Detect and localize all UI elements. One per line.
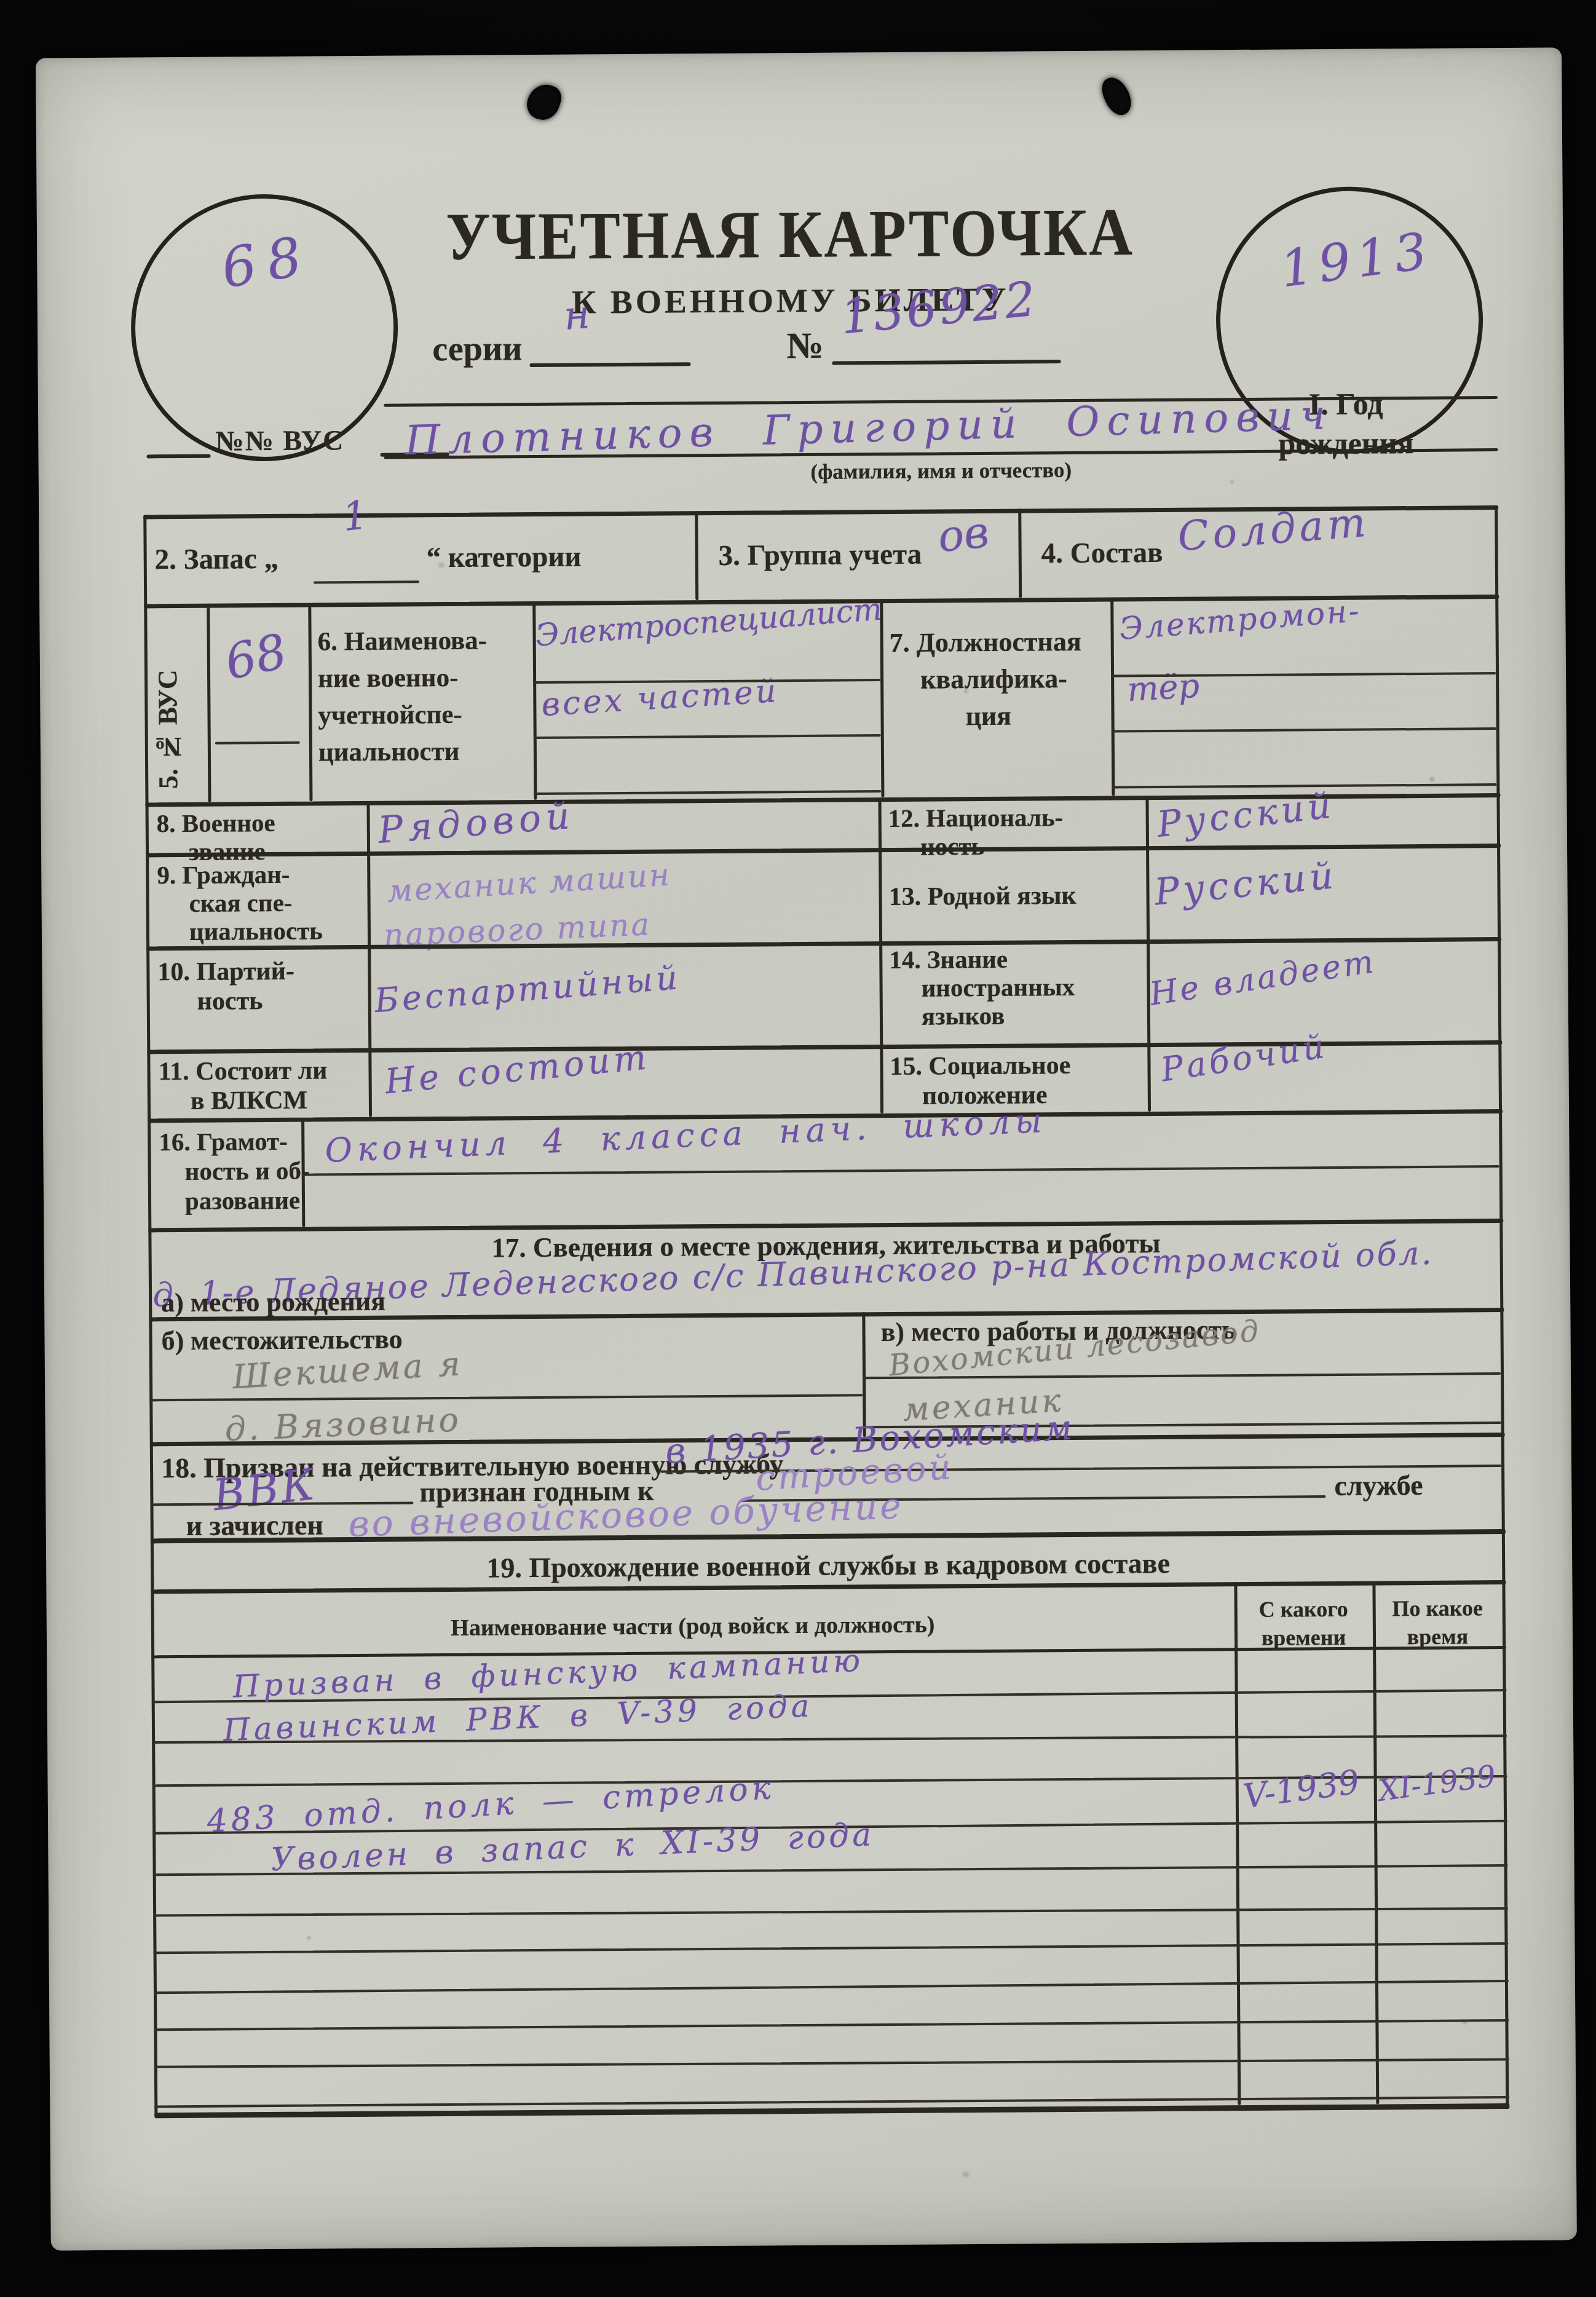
- series-label: серии: [432, 329, 523, 369]
- paper-stain: [306, 1935, 312, 1941]
- field9-label-1: ская спе-: [189, 888, 292, 918]
- field4-label: 4. Состав: [1041, 536, 1163, 570]
- cell-divider: [1018, 508, 1022, 598]
- field12-label-1: ность: [920, 831, 984, 861]
- field5-label: 5. № ВУС: [151, 623, 184, 789]
- field12-label-0: 12. Националь-: [888, 802, 1064, 833]
- cell-divider: [695, 511, 698, 600]
- field6-rule: [534, 734, 881, 739]
- row-border: [146, 844, 1501, 857]
- field6-label-1: ние военно-: [318, 663, 459, 694]
- field16-label-2: разование: [185, 1185, 300, 1216]
- section19-title: 19. Прохождение военной службы в кадрово…: [151, 1544, 1506, 1586]
- table19-divider: [1234, 1582, 1241, 2105]
- scanned-card-photo: 68 №№ ВУС 1913 I. Год рождения УЧЕТНАЯ К…: [0, 0, 1596, 2297]
- field14-label-1: иностранных: [921, 972, 1075, 1003]
- field7-label-2: ция: [965, 700, 1011, 732]
- section18-line2b: службе: [1334, 1469, 1423, 1502]
- field10-label-1: ность: [197, 986, 263, 1016]
- field2-value: 1: [340, 492, 370, 540]
- cell-divider: [1145, 796, 1151, 1112]
- field14-value: Не владеет: [1147, 943, 1378, 1013]
- cell-divider: [880, 599, 884, 797]
- field12-value: Русский: [1155, 784, 1337, 845]
- cell-divider: [878, 797, 883, 1113]
- punch-hole-left: [523, 80, 564, 124]
- field2-label-post: “ категории: [427, 540, 582, 574]
- field10-value: Беспартийный: [373, 958, 682, 1020]
- field11-label-1: в ВЛКСМ: [191, 1086, 308, 1116]
- vus-circle-label: №№ ВУС: [215, 424, 344, 457]
- card-title: УЧЕТНАЯ КАРТОЧКА: [357, 193, 1224, 276]
- field6-label-2: учетнойспе-: [318, 700, 462, 731]
- military-registration-card: 68 №№ ВУС 1913 I. Год рождения УЧЕТНАЯ К…: [36, 47, 1577, 2250]
- service-entry-to: XI-1939: [1377, 1759, 1498, 1808]
- field7-label-0: 7. Должностная: [890, 626, 1081, 658]
- field16-label-1: ность и об-: [185, 1156, 310, 1186]
- cell-divider: [366, 801, 372, 1117]
- table-border: [1495, 505, 1509, 2108]
- field7-value-1: тёр: [1126, 666, 1200, 709]
- table19-rule: [154, 2058, 1509, 2068]
- table19-rule: [154, 2019, 1509, 2031]
- field3-label: 3. Группа учета: [719, 538, 922, 572]
- table19-divider: [1372, 1581, 1379, 2105]
- field9-label-0: 9. Граждан-: [157, 860, 290, 890]
- field5-value: 68: [220, 624, 291, 691]
- field8-label-0: 8. Военное: [157, 808, 275, 838]
- field3-value: ов: [935, 507, 992, 563]
- paper-stain: [960, 2170, 971, 2179]
- field14-label-2: языков: [922, 1001, 1005, 1031]
- table19-col1-header: Наименование части (род войск и должност…: [151, 1609, 1235, 1643]
- service-entry-from: V-1939: [1241, 1762, 1361, 1816]
- field16-label-0: 16. Грамот-: [159, 1126, 288, 1156]
- field13-value: Русский: [1153, 854, 1339, 914]
- paper-stain: [1428, 775, 1436, 783]
- cell-divider: [1110, 597, 1115, 796]
- field9-label-2: циальность: [189, 915, 323, 946]
- section17a-label: а) место рождения: [161, 1286, 385, 1319]
- field7-label-1: квалифика-: [920, 663, 1067, 695]
- field6-label-3: циальности: [318, 737, 460, 768]
- cell-divider: [308, 603, 312, 802]
- field16-rule: [302, 1165, 1499, 1176]
- cell-divider: [207, 604, 211, 802]
- cell-divider: [862, 1312, 866, 1437]
- number-underline: [832, 360, 1061, 365]
- field6-label-0: 6. Наименова-: [317, 626, 487, 657]
- table19-col3-header-0: По какое: [1373, 1595, 1503, 1621]
- field15-label-0: 15. Социальное: [890, 1051, 1070, 1081]
- section17b-rule: [149, 1394, 863, 1401]
- field5-underline: [215, 741, 300, 745]
- table19-rule: [154, 1980, 1509, 1994]
- table19-col2-header-0: С какого: [1235, 1596, 1373, 1623]
- number-sign: №: [786, 325, 824, 367]
- field13-label: 13. Родной язык: [888, 881, 1076, 912]
- table19-rule: [153, 1907, 1508, 1917]
- series-underline: [530, 362, 691, 367]
- field10-label-0: 10. Партий-: [157, 957, 294, 987]
- field2-label-pre: 2. Запас „: [155, 542, 279, 576]
- field7-rule: [1112, 727, 1496, 732]
- series-value: н: [562, 292, 591, 339]
- field2-underline: [314, 580, 419, 583]
- field16-value: Окончил 4 класса нач. школы: [324, 1101, 1047, 1170]
- row-border: [146, 937, 1501, 951]
- field15-value: Рабочий: [1158, 1026, 1329, 1089]
- field14-label-0: 14. Знание: [889, 944, 1008, 975]
- cell-divider: [301, 1118, 305, 1227]
- vus-label-line-left: [147, 454, 211, 459]
- card-subtitle: К ВОЕННОМУ БИЛЕТУ: [357, 279, 1224, 323]
- field11-label-0: 11. Состоит ли: [158, 1056, 327, 1086]
- table19-rule: [154, 1942, 1509, 1954]
- field9-value-0: механик машин: [386, 856, 672, 909]
- field6-rule: [534, 790, 881, 795]
- punch-hole-right: [1098, 73, 1136, 119]
